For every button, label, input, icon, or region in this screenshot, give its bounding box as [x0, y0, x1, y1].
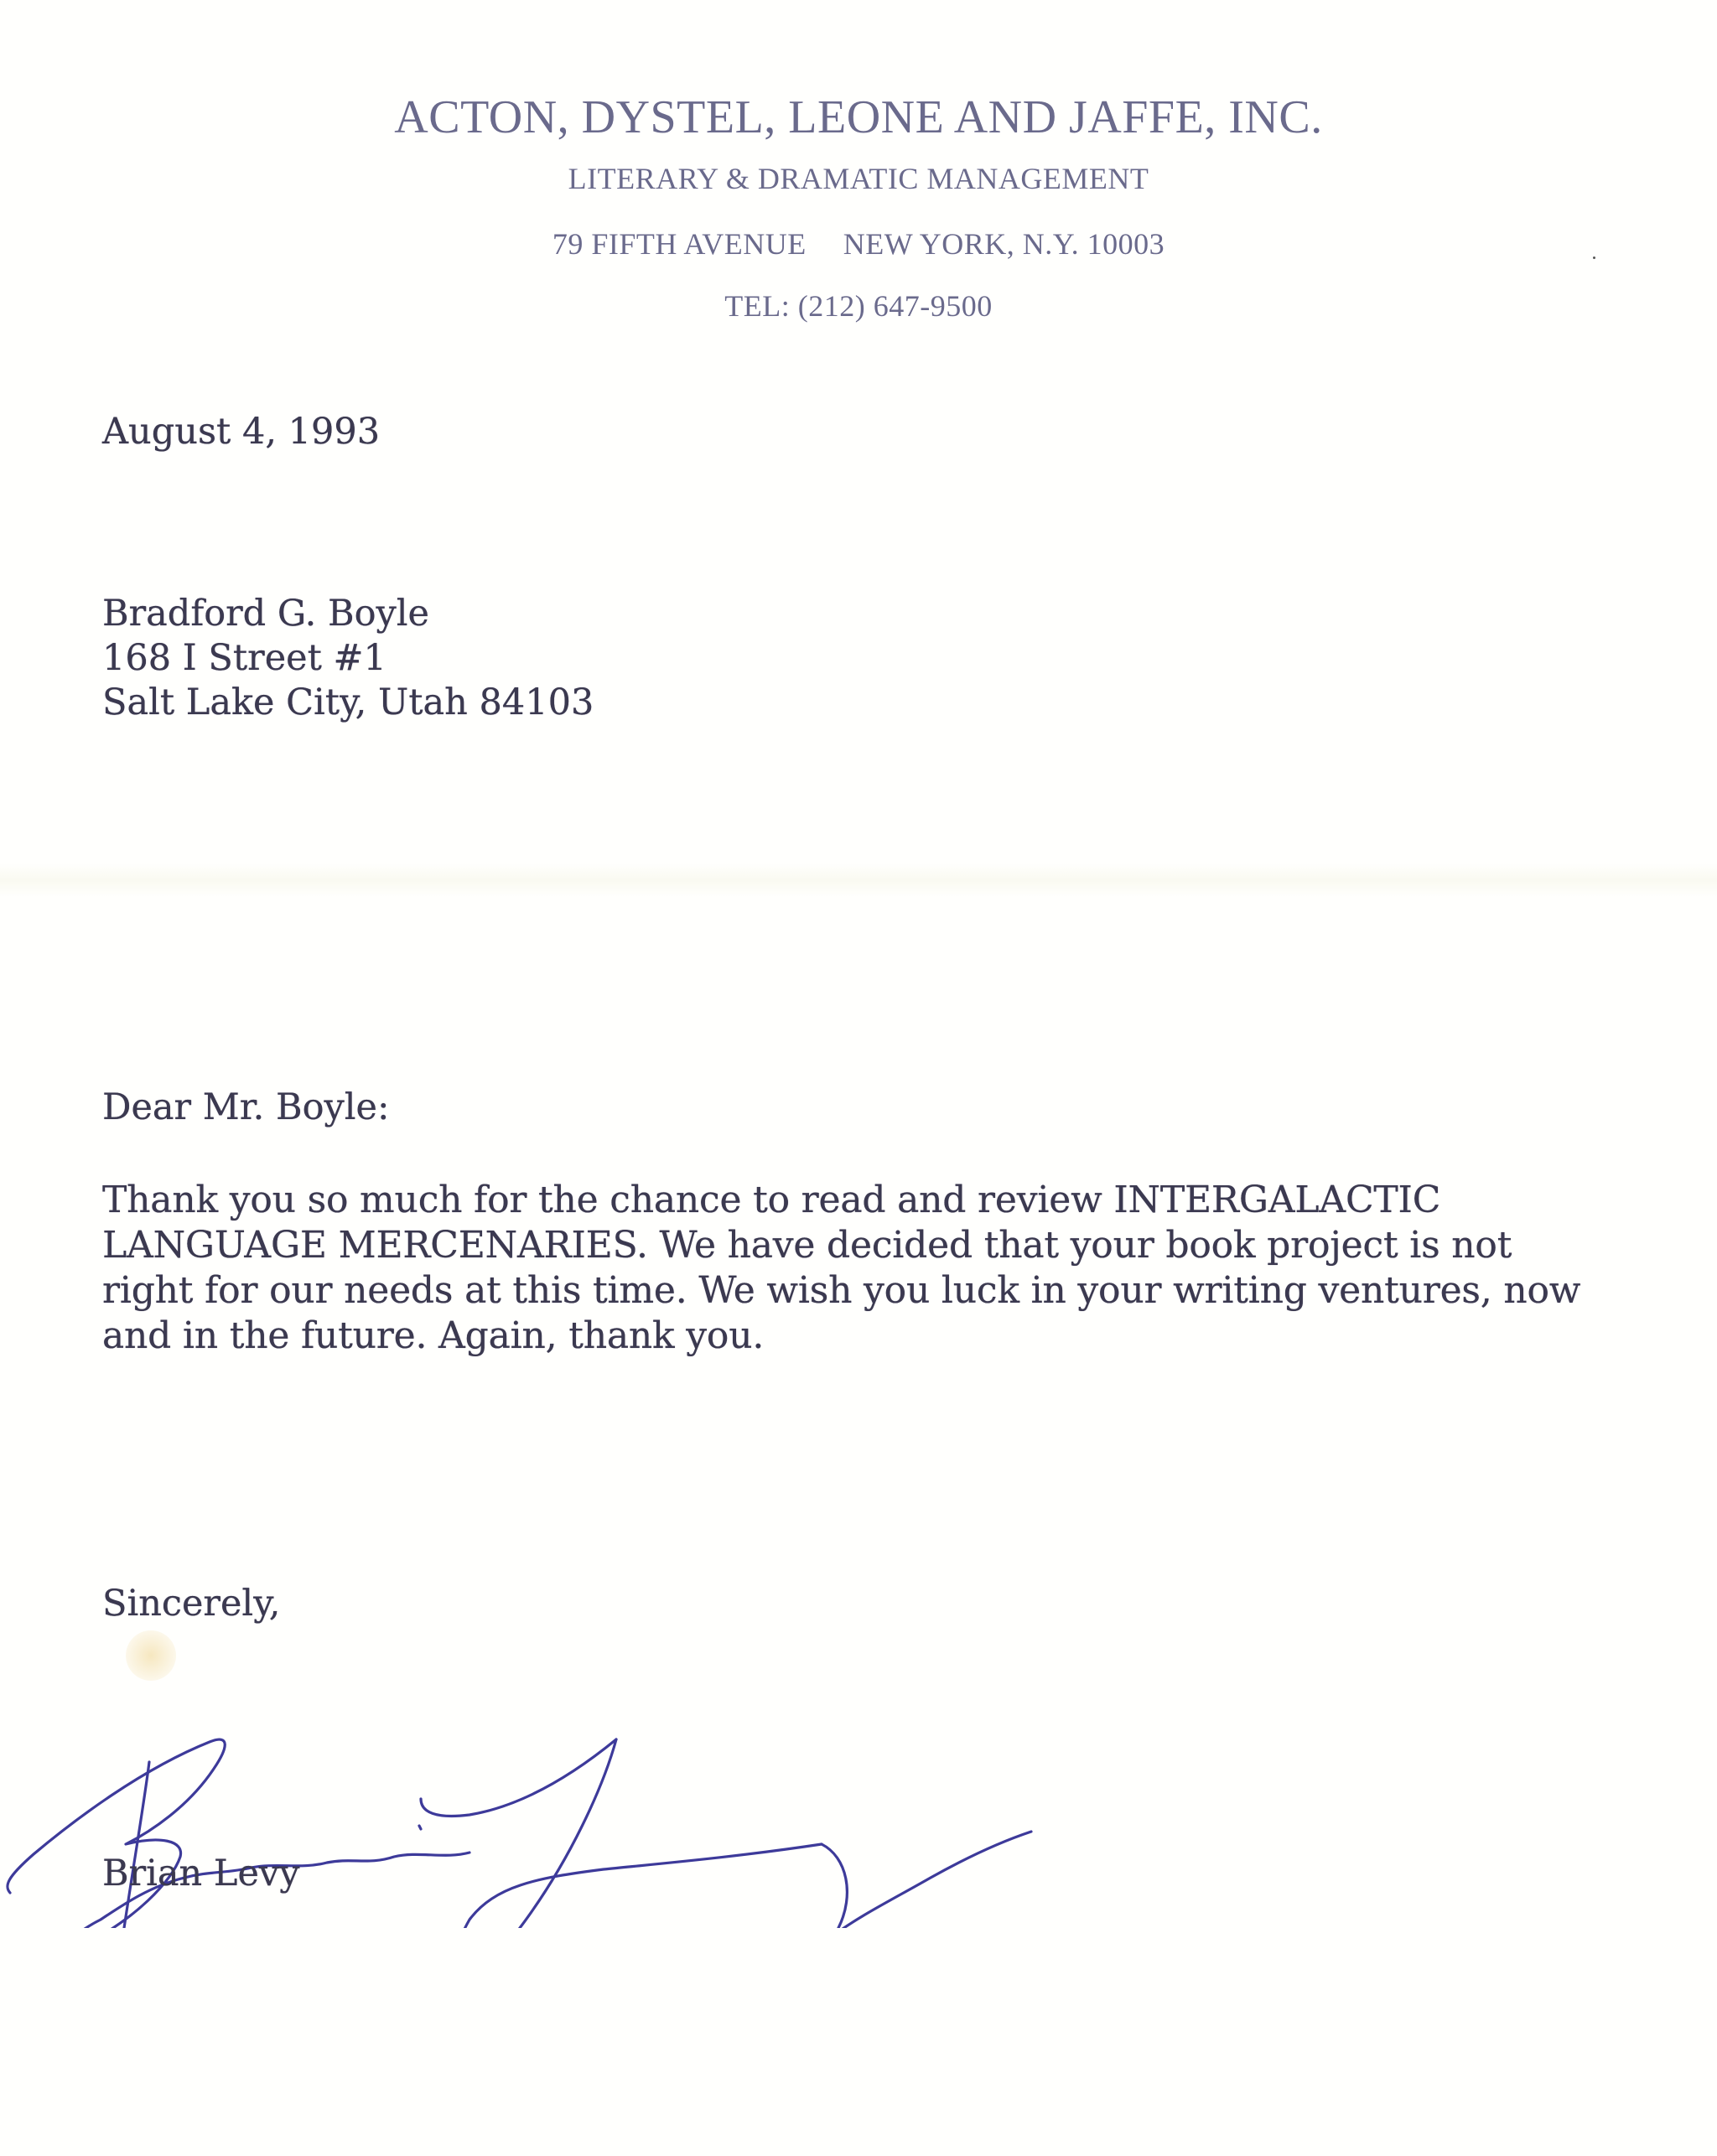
- letterhead-street: 79 FIFTH AVENUE: [552, 227, 807, 261]
- recipient-name: Bradford G. Boyle: [102, 592, 594, 636]
- letter-page: ACTON, DYSTEL, LEONE AND JAFFE, INC. LIT…: [0, 0, 1717, 2156]
- recipient-street: 168 I Street #1: [102, 636, 594, 681]
- letter-body: Thank you so much for the chance to read…: [102, 1178, 1580, 1359]
- letterhead-city: NEW YORK, N.Y. 10003: [843, 227, 1165, 261]
- paper-bleed-through: [0, 863, 1717, 897]
- letter-date: August 4, 1993: [102, 411, 380, 453]
- body-line: LANGUAGE MERCENARIES. We have decided th…: [102, 1223, 1580, 1268]
- closing: Sincerely,: [102, 1583, 280, 1625]
- salutation: Dear Mr. Boyle:: [102, 1086, 389, 1128]
- body-line: Thank you so much for the chance to read…: [102, 1178, 1580, 1223]
- body-line: and in the future. Again, thank you.: [102, 1314, 1580, 1359]
- letterhead-company: ACTON, DYSTEL, LEONE AND JAFFE, INC.: [0, 91, 1717, 144]
- recipient-city: Salt Lake City, Utah 84103: [102, 681, 594, 725]
- recipient-address: Bradford G. Boyle 168 I Street #1 Salt L…: [102, 592, 594, 725]
- letterhead-address: 79 FIFTH AVENUENEW YORK, N.Y. 10003: [0, 226, 1717, 262]
- letterhead-phone: TEL: (212) 647-9500: [0, 288, 1717, 324]
- signer-name: Brian Levy: [102, 1853, 300, 1894]
- paper-speck: [1593, 257, 1595, 259]
- body-line: right for our needs at this time. We wis…: [102, 1268, 1580, 1314]
- letterhead-tagline: LITERARY & DRAMATIC MANAGEMENT: [0, 161, 1717, 196]
